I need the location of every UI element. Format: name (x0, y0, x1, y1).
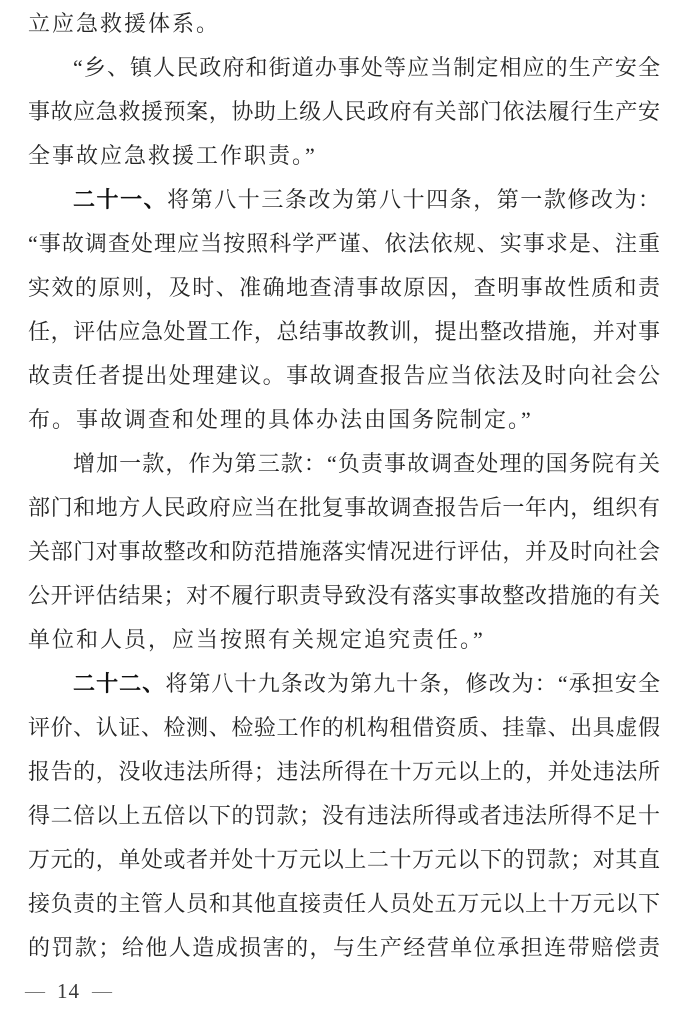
text-line: 单位和人员，应当按照有关规定追究责任。” (28, 618, 660, 662)
page-number: 14 (57, 979, 80, 1004)
text-line: 故责任者提出处理建议。事故调查报告应当依法及时向社会公 (28, 354, 660, 398)
text-line: 评价、认证、检测、检验工作的机构租借资质、挂靠、出具虚假 (28, 706, 660, 750)
text-line: 立应急救援体系。 (28, 2, 660, 46)
text-line: 实效的原则，及时、准确地查清事故原因，查明事故性质和责 (28, 266, 660, 310)
page-footer: — 14 — (25, 977, 112, 1005)
footer-dash-right: — (92, 977, 112, 1005)
text-line: “乡、镇人民政府和街道办事处等应当制定相应的生产安全 (28, 46, 660, 90)
text-line: 万元的，单处或者并处十万元以上二十万元以下的罚款；对其直 (28, 838, 660, 882)
clause-number: 二十一、 (73, 187, 167, 212)
document-body: 立应急救援体系。“乡、镇人民政府和街道办事处等应当制定相应的生产安全事故应急救援… (28, 2, 660, 970)
text-line: 报告的，没收违法所得；违法所得在十万元以上的，并处违法所 (28, 750, 660, 794)
text-line: 二十二、将第八十九条改为第九十条，修改为：“承担安全 (28, 662, 660, 706)
footer-dash-left: — (25, 977, 45, 1005)
text-line: 关部门对事故整改和防范措施落实情况进行评估，并及时向社会 (28, 530, 660, 574)
document-page: 立应急救援体系。“乡、镇人民政府和街道办事处等应当制定相应的生产安全事故应急救援… (0, 0, 690, 1020)
text-line: 部门和地方人民政府应当在批复事故调查报告后一年内，组织有 (28, 486, 660, 530)
text-line: 二十一、将第八十三条改为第八十四条，第一款修改为： (28, 178, 660, 222)
text-line: 公开评估结果；对不履行职责导致没有落实事故整改措施的有关 (28, 574, 660, 618)
text-line: 事故应急救援预案，协助上级人民政府有关部门依法履行生产安 (28, 90, 660, 134)
text-line: “事故调查处理应当按照科学严谨、依法依规、实事求是、注重 (28, 222, 660, 266)
text-line: 增加一款，作为第三款：“负责事故调查处理的国务院有关 (28, 442, 660, 486)
text-line: 接负责的主管人员和其他直接责任人员处五万元以上十万元以下 (28, 882, 660, 926)
clause-number: 二十二、 (73, 671, 165, 696)
text-line: 得二倍以上五倍以下的罚款；没有违法所得或者违法所得不足十 (28, 794, 660, 838)
text-line: 的罚款；给他人造成损害的，与生产经营单位承担连带赔偿责 (28, 926, 660, 970)
text-line: 全事故应急救援工作职责。” (28, 134, 660, 178)
text-line: 布。事故调查和处理的具体办法由国务院制定。” (28, 398, 660, 442)
text-line: 任，评估应急处置工作，总结事故教训，提出整改措施，并对事 (28, 310, 660, 354)
